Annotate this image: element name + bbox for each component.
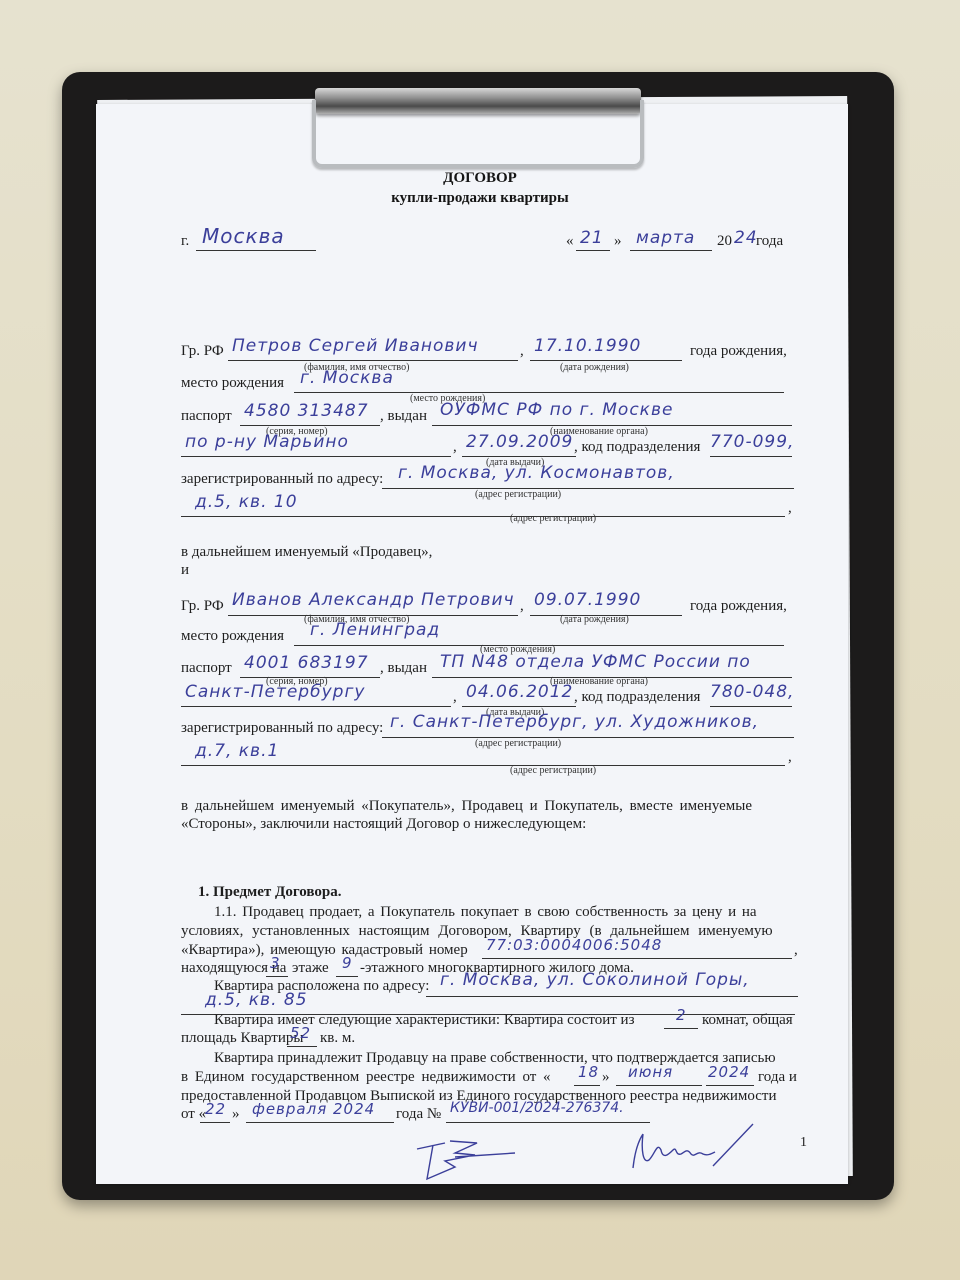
- section-1-text: 1.1. Продавец продает, а Покупатель поку…: [214, 904, 757, 921]
- document-title: ДОГОВОР: [0, 170, 960, 187]
- seller-birth-date: 17.10.1990: [534, 336, 641, 356]
- city-line: [196, 250, 316, 251]
- city-label: г.: [181, 233, 189, 250]
- birth-suffix: года рождения,: [690, 598, 787, 615]
- clip-wire: [312, 100, 644, 168]
- date-month: марта: [636, 228, 695, 248]
- birth-suffix: года рождения,: [690, 343, 787, 360]
- ownership-text: года №: [396, 1106, 441, 1123]
- buyer-issued-by-1: ТП N48 отдела УФМС России по: [440, 652, 751, 672]
- buyer-prefix: Гр. РФ: [181, 598, 224, 615]
- caption: (адрес регистрации): [475, 738, 561, 749]
- characteristics-text: площадь Квартиры: [181, 1030, 303, 1047]
- passport-label: паспорт: [181, 660, 232, 677]
- buyer-issued-line-2: [181, 706, 451, 707]
- page-number: 1: [800, 1135, 807, 1151]
- seller-birthplace-line: [294, 392, 784, 393]
- ownership-text: Квартира принадлежит Продавцу на праве с…: [214, 1050, 776, 1067]
- cadastral-number: 77:03:0004006:5048: [486, 936, 662, 954]
- passport-label: паспорт: [181, 408, 232, 425]
- ownership-text: »: [232, 1106, 240, 1123]
- seller-reg-address-2: д.5, кв. 10: [195, 492, 298, 512]
- section-1-heading: 1. Предмет Договора.: [198, 884, 342, 901]
- seller-reg-line: [382, 488, 794, 489]
- seller-issued-by-1: ОУФМС РФ по г. Москве: [440, 400, 673, 420]
- caption: (дата рождения): [560, 362, 629, 373]
- floor: 3: [270, 954, 281, 972]
- caption: (адрес регистрации): [510, 765, 596, 776]
- reg-year-line: [706, 1085, 754, 1086]
- buyer-reg-address-1: г. Санкт-Петербург, ул. Художников,: [390, 712, 759, 732]
- issued-label: , выдан: [380, 408, 427, 425]
- buyer-signature: [625, 1120, 765, 1180]
- ownership-text: года и: [758, 1069, 797, 1086]
- flat-address-line: [426, 996, 798, 997]
- seller-signature: [415, 1135, 525, 1185]
- year-prefix: 20: [717, 233, 732, 250]
- seller-issued-line-2: [181, 456, 451, 457]
- buyer-birthplace: г. Ленинград: [310, 620, 440, 640]
- code-label: , код подразделения: [574, 689, 700, 706]
- area: 52: [290, 1024, 311, 1042]
- ownership-text: в Едином государственном реестре недвижи…: [181, 1069, 551, 1086]
- seller-issue-date: 27.09.2009: [466, 432, 573, 452]
- caption: (адрес регистрации): [475, 489, 561, 500]
- cadastral-line: [482, 958, 792, 959]
- code-label: , код подразделения: [574, 439, 700, 456]
- seller-issued-by-2: по р-ну Марьино: [185, 432, 349, 452]
- parties-line-2: «Стороны», заключили настоящий Договор о…: [181, 816, 586, 833]
- seller-birth-line: [530, 360, 682, 361]
- floors-total: 9: [342, 954, 353, 972]
- seller-prefix: Гр. РФ: [181, 343, 224, 360]
- caption: (адрес регистрации): [510, 513, 596, 524]
- document-subtitle: купли-продажи квартиры: [0, 190, 960, 207]
- day-line: [576, 250, 610, 251]
- buyer-issue-date: 04.06.2012: [466, 682, 573, 702]
- buyer-birth-date: 09.07.1990: [534, 590, 641, 610]
- buyer-code-line: [710, 706, 792, 707]
- seller-code-line: [710, 456, 792, 457]
- extract-date: февраля 2024: [252, 1100, 375, 1118]
- date-open-quote: «: [566, 233, 574, 250]
- seller-name-line: [228, 360, 518, 361]
- reg-month-line: [616, 1085, 702, 1086]
- registry-year: 2024: [708, 1063, 750, 1081]
- floor-line: [266, 976, 288, 977]
- registry-month: июня: [628, 1063, 673, 1081]
- characteristics-text: Квартира имеет следующие характеристики:…: [214, 1012, 635, 1029]
- ext-month-line: [246, 1122, 394, 1123]
- section-1-text: этаже: [292, 960, 329, 977]
- parties-line-1: в дальнейшем именуемый «Покупатель», Про…: [181, 798, 752, 815]
- buyer-reg-address-2: д.7, кв.1: [195, 741, 279, 761]
- date-day: 21: [580, 228, 604, 248]
- buyer-reg-line: [382, 737, 794, 738]
- seller-name: Петров Сергей Иванович: [232, 336, 479, 356]
- seller-reg-line-2: [181, 516, 785, 517]
- year-suffix: 24: [734, 228, 758, 248]
- seller-code: 770-099,: [710, 432, 794, 452]
- ext-number-line: [446, 1122, 650, 1123]
- seller-birthplace: г. Москва: [300, 368, 394, 388]
- floors-total-line: [336, 976, 358, 977]
- section-1-text: условиях, установленных настоящим Догово…: [181, 923, 773, 940]
- extract-day: 22: [205, 1100, 226, 1118]
- caption: (дата рождения): [560, 614, 629, 625]
- reg-label: зарегистрированный по адресу:: [181, 471, 383, 488]
- buyer-name: Иванов Александр Петрович: [232, 590, 515, 610]
- year-label: года: [756, 233, 783, 250]
- rooms: 2: [676, 1006, 687, 1024]
- reg-label: зарегистрированный по адресу:: [181, 720, 383, 737]
- date-close-quote: »: [614, 233, 622, 250]
- ext-day-line: [200, 1122, 230, 1123]
- month-line: [630, 250, 712, 251]
- rooms-line: [664, 1028, 698, 1029]
- ownership-text: от «: [181, 1106, 206, 1123]
- extract-number: КУВИ-001/2024-276374.: [450, 1100, 624, 1116]
- characteristics-text: кв. м.: [320, 1030, 355, 1047]
- buyer-issued-by-2: Санкт-Петербургу: [185, 682, 365, 702]
- area-line: [287, 1046, 317, 1047]
- registry-day: 18: [578, 1063, 599, 1081]
- seller-hereinafter: в дальнейшем именуемый «Продавец»,: [181, 544, 432, 561]
- issued-label: , выдан: [380, 660, 427, 677]
- buyer-reg-line-2: [181, 765, 785, 766]
- buyer-code: 780-048,: [710, 682, 794, 702]
- characteristics-text: комнат, общая: [702, 1012, 793, 1029]
- flat-address-2: д.5, кв. 85: [205, 990, 308, 1010]
- flat-address-1: г. Москва, ул. Соколиной Горы,: [440, 970, 750, 990]
- seller-reg-address-1: г. Москва, ул. Космонавтов,: [398, 463, 675, 483]
- reg-day-line: [574, 1085, 600, 1086]
- ownership-text: »: [602, 1069, 610, 1086]
- buyer-passport: 4001 683197: [244, 653, 369, 673]
- city-value: Москва: [202, 224, 285, 248]
- and-conjunction: и: [181, 562, 189, 579]
- birthplace-label: место рождения: [181, 628, 284, 645]
- seller-passport: 4580 313487: [244, 401, 369, 421]
- section-1-text: «Квартира»), имеющую кадастровый номер: [181, 942, 468, 959]
- birthplace-label: место рождения: [181, 375, 284, 392]
